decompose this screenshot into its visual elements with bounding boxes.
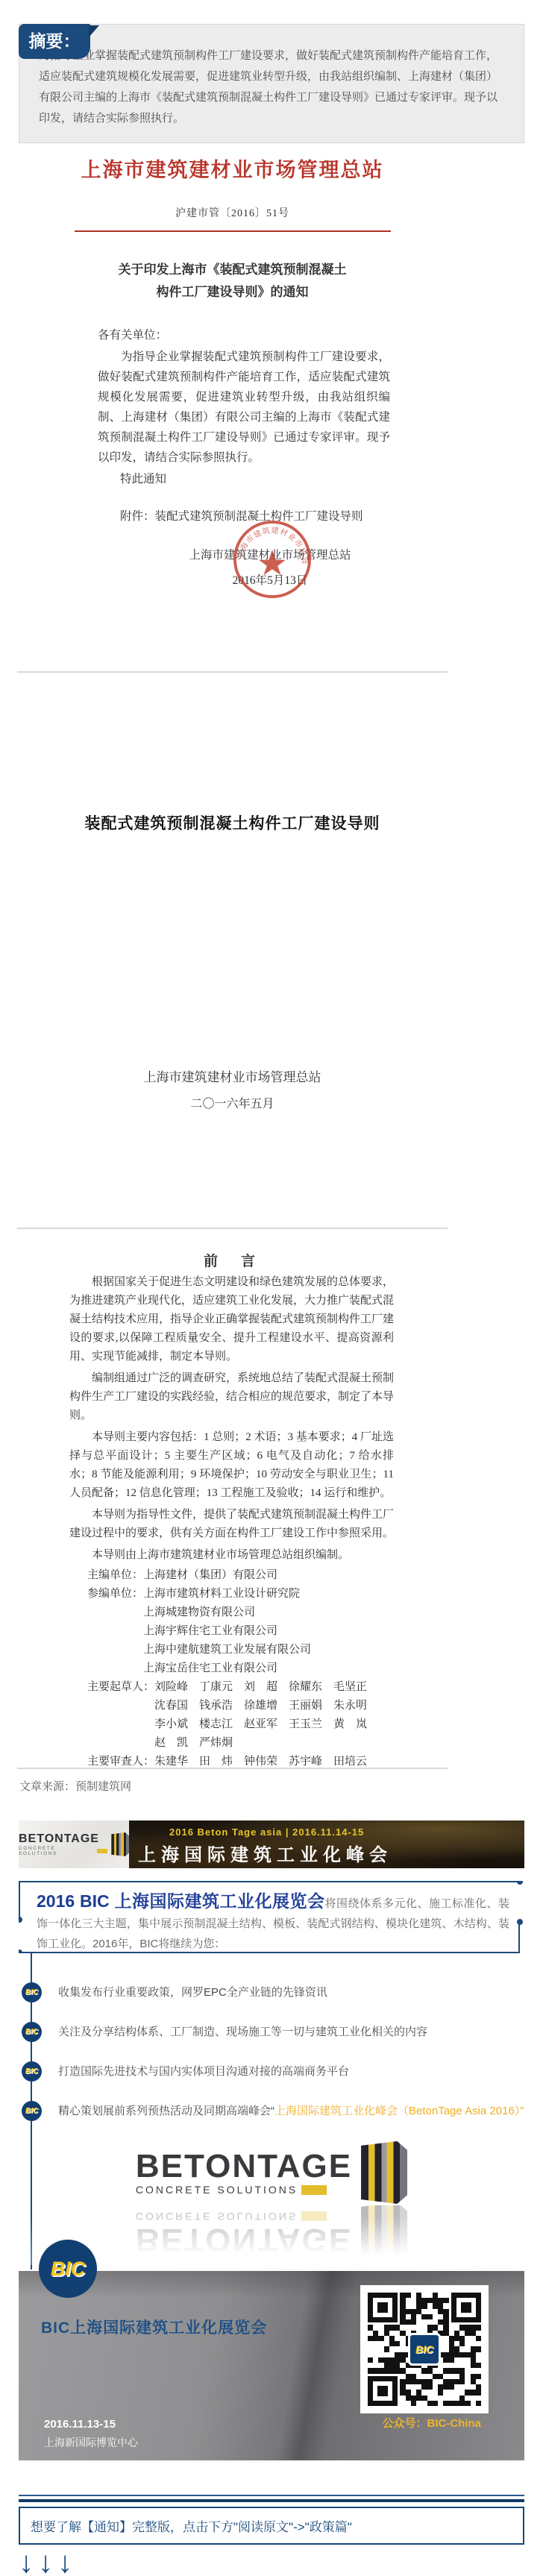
notice-salutation: 各有关单位： xyxy=(17,326,448,342)
credit-line: 主编单位：上海建材（集团）有限公司 xyxy=(69,1566,394,1585)
expo-dates: 2016.11.13-15 xyxy=(44,2418,116,2431)
qr-center-logo: BIC xyxy=(408,2333,441,2366)
betontage-logo-text: BETONTAGE xyxy=(19,1832,107,1846)
betontage-logo-block: BETONTAGE CONCRETE SOLUTIONS BETONTAGE C… xyxy=(19,2141,524,2265)
notice-title-line2: 构件工厂建设导则》的通知 xyxy=(17,281,448,304)
betontage-logo-large: BETONTAGE CONCRETE SOLUTIONS xyxy=(136,2141,407,2204)
wechat-account: 公众号：BIC-China xyxy=(383,2415,482,2431)
credit-line: 主要起草人：刘险峰 丁康元 刘 超 徐耀东 毛坚正 xyxy=(69,1678,394,1697)
frame-dot xyxy=(19,1917,22,1923)
bic-round-logo: BIC xyxy=(39,2240,97,2298)
document-page-3: 前 言 根据国家关于促进生态文明建设和绿色建筑发展的总体要求，为推进建筑产业现代… xyxy=(17,1229,448,1768)
bic-badge-icon: BIC xyxy=(22,2101,42,2121)
article-source: 文章来源：预制建筑网 xyxy=(19,1778,543,1794)
bic-expo-title: BIC上海国际建筑工业化展览会 xyxy=(41,2316,267,2338)
frame-dot xyxy=(517,1919,523,1925)
betontage-banner-photo: 2016 Beton Tage asia | 2016.11.14-15 上海国… xyxy=(129,1821,524,1868)
bic-expo-heading: 2016 BIC 上海国际建筑工业化展览会 xyxy=(37,1891,325,1911)
guideline-cover-org: 上海市建筑建材业市场管理总站 xyxy=(17,1066,448,1085)
list-item: BIC 打造国际先进技术与国内实体项目沟通对接的高端商务平台 xyxy=(19,2062,524,2082)
betontage-logo-reflection: BETONTAGE CONCRETE SOLUTIONS xyxy=(19,2205,524,2265)
page-separator-3 xyxy=(17,1768,448,1769)
credit-line: 主要审查人：朱建华 田 炜 钟伟荣 苏宇峰 田培云 xyxy=(69,1753,394,1768)
expo-venue: 上海新国际博览中心 xyxy=(44,2435,138,2450)
frame-dot xyxy=(517,1881,523,1885)
summary-box: 为指导企业掌握装配式建筑预制构件工厂建设要求，做好装配式建筑预制构件产能培育工作… xyxy=(19,24,524,143)
betontage-stripe-icon xyxy=(361,2205,407,2265)
summary-text: 为指导企业掌握装配式建筑预制构件工厂建设要求，做好装配式建筑预制构件产能培育工作… xyxy=(39,49,498,125)
bic-badge-icon: BIC xyxy=(22,1982,42,2002)
document-number: 沪建市管〔2016〕51号 xyxy=(17,205,448,220)
list-item-text: 打造国际先进技术与国内实体项目沟通对接的高端商务平台 xyxy=(58,2065,349,2078)
frame-line xyxy=(19,1881,520,1882)
betontage-logo-text: BETONTAGE xyxy=(136,2222,352,2257)
qr-finder-icon xyxy=(368,2293,398,2322)
footer-notice-box: 想要了解【通知】完整版，点击下方"阅读原文"->"政策篇" xyxy=(19,2507,524,2545)
summit-link[interactable]: 上海国际建筑工业化峰会（BetonTage Asia 2016） xyxy=(274,2105,520,2117)
summary-badge: 摘要： xyxy=(19,24,90,59)
notice-title-line1: 关于印发上海市《装配式建筑预制混凝土 xyxy=(17,259,448,281)
credit-line: 上海宝岳住宅工业有限公司 xyxy=(69,1659,394,1678)
frame-dot xyxy=(19,1950,22,1953)
credits-list: 主编单位：上海建材（集团）有限公司 参编单位：上海市建筑材料工业设计研究院 上海… xyxy=(69,1566,394,1768)
credit-line: 上海中建航建筑工业发展有限公司 xyxy=(69,1641,394,1659)
notice-body: 为指导企业掌握装配式建筑预制构件工厂建设要求，做好装配式建筑预制构件产能培育工作… xyxy=(98,347,390,468)
list-item: BIC 收集发布行业重要政策，网罗EPC全产业链的先锋资讯 xyxy=(19,1983,524,2002)
notice-end: 特此通知 xyxy=(17,469,448,489)
scanned-document: 上海市建筑建材业市场管理总站 沪建市管〔2016〕51号 关于印发上海市《装配式… xyxy=(17,143,448,1769)
betontage-banner-logo: BETONTAGE CONCRETE SOLUTIONS xyxy=(19,1821,129,1868)
footer-notice-text: 想要了解【通知】完整版，点击下方"阅读原文"->"政策篇" xyxy=(31,2520,352,2534)
bic-expo-card[interactable]: BIC BIC上海国际建筑工业化展览会 2016.11.13-15 上海新国际博… xyxy=(19,2271,524,2460)
list-item: BIC 关注及分享结构体系、工厂制造、现场施工等一切与建筑工业化相关的内容 xyxy=(19,2023,524,2042)
document-page-2: 装配式建筑预制混凝土构件工厂建设导则 上海市建筑建材业市场管理总站 二〇一六年五… xyxy=(17,673,448,1228)
qr-code: BIC xyxy=(360,2285,489,2413)
preface-paragraph: 本导则主要内容包括：1 总则；2 术语；3 基本要求；4 厂址选择与总平面设计；… xyxy=(69,1428,394,1503)
bic-badge-icon: BIC xyxy=(22,2061,42,2082)
official-seal: 上海市建筑建材业市场管理总站 xyxy=(232,519,313,600)
preface-paragraph: 编制组通过广泛的调查研究，系统地总结了装配式混凝土预制构件生产工厂建设的实践经验… xyxy=(69,1369,394,1425)
list-item-text: 收集发布行业重要政策，网罗EPC全产业链的先锋资讯 xyxy=(58,1986,327,1999)
betontage-logo-subtext: CONCRETE SOLUTIONS xyxy=(136,2211,298,2222)
credit-line: 参编单位：上海市建筑材料工业设计研究院 xyxy=(69,1585,394,1603)
frame-line xyxy=(19,1881,20,1920)
bic-intro-box: 2016 BIC 上海国际建筑工业化展览会将围绕体系多元化、施工标准化、装饰一体… xyxy=(19,1881,524,1953)
seal-star xyxy=(259,550,286,575)
qr-finder-icon xyxy=(368,2376,398,2406)
list-item: BIC 精心策划展前系列预热活动及同期高端峰会“上海国际建筑工业化峰会（Beto… xyxy=(19,2102,524,2121)
banner-event-title: 上海国际建筑工业化峰会 xyxy=(138,1840,524,1866)
notice-title: 关于印发上海市《装配式建筑预制混凝土 构件工厂建设导则》的通知 xyxy=(17,259,448,304)
banner-event-date: 2016 Beton Tage asia | 2016.11.14-15 xyxy=(169,1826,524,1838)
guideline-cover-date: 二〇一六年五月 xyxy=(17,1094,448,1111)
list-item-text: 精心策划展前系列预热活动及同期高端峰会“ xyxy=(58,2105,274,2117)
credit-line: 赵 凯 严炜炯 xyxy=(69,1734,394,1753)
betontage-stripe-icon xyxy=(111,1832,129,1856)
preface-paragraph: 本导则由上海市建筑建材业市场管理总站组织编制。 xyxy=(69,1546,394,1565)
list-item-text: 关注及分享结构体系、工厂制造、现场施工等一切与建筑工业化相关的内容 xyxy=(58,2026,427,2038)
betontage-stripe-icon xyxy=(361,2141,407,2204)
frame-line xyxy=(518,1922,520,1953)
frame-line xyxy=(19,1952,520,1953)
betontage-asia-chip xyxy=(97,1849,107,1853)
betontage-asia-chip xyxy=(301,2185,327,2195)
credit-line: 沈春国 钱承浩 徐雄增 王丽娟 朱永明 xyxy=(69,1697,394,1715)
betontage-logo-subtext: CONCRETE SOLUTIONS xyxy=(136,2184,298,2196)
notice-signature: 上海市建筑建材业市场管理总站 上海市建筑建材业市场管理总站 2016年5月13日 xyxy=(98,546,390,588)
guideline-cover-title: 装配式建筑预制混凝土构件工厂建设导则 xyxy=(17,811,448,834)
footer-rule-thick xyxy=(19,2499,524,2502)
credit-line: 上海城建物资有限公司 xyxy=(69,1603,394,1622)
betontage-logo-text: BETONTAGE xyxy=(136,2149,352,2184)
betontage-asia-chip xyxy=(301,2212,327,2222)
preface-heading: 前 言 xyxy=(69,1250,394,1270)
promo-section: BETONTAGE CONCRETE SOLUTIONS 2016 Beton … xyxy=(19,1821,524,2460)
summit-link-quote: ” xyxy=(520,2105,524,2117)
bic-feature-list: BIC 收集发布行业重要政策，网罗EPC全产业链的先锋资讯 BIC 关注及分享结… xyxy=(19,1983,524,2121)
betontage-logo-subtext: CONCRETE SOLUTIONS xyxy=(19,1846,95,1856)
document-page-1: 上海市建筑建材业市场管理总站 沪建市管〔2016〕51号 关于印发上海市《装配式… xyxy=(17,143,448,671)
betontage-banner[interactable]: BETONTAGE CONCRETE SOLUTIONS 2016 Beton … xyxy=(19,1821,524,1868)
preface-paragraph: 本导则为指导性文件，提供了装配式建筑预制混凝土构件工厂建设过程中的要求，供有关方… xyxy=(69,1506,394,1543)
summary-section: 摘要： 为指导企业掌握装配式建筑预制构件工厂建设要求，做好装配式建筑预制构件产能… xyxy=(19,24,524,143)
credit-line: 李小斌 楼志江 赵亚军 王玉兰 黄 岚 xyxy=(69,1715,394,1734)
credit-line: 上海宇辉住宅工业有限公司 xyxy=(69,1622,394,1641)
document-red-rule xyxy=(75,230,391,232)
footer-rule-thin xyxy=(19,2495,524,2496)
qr-finder-icon xyxy=(451,2293,481,2322)
preface-paragraph: 根据国家关于促进生态文明建设和绿色建筑发展的总体要求，为推进建筑产业现代化，适应… xyxy=(69,1273,394,1366)
document-org-title: 上海市建筑建材业市场管理总站 xyxy=(17,154,448,183)
down-arrows-icon[interactable]: ↓↓↓ xyxy=(19,2546,543,2576)
bic-badge-icon: BIC xyxy=(22,2022,42,2042)
